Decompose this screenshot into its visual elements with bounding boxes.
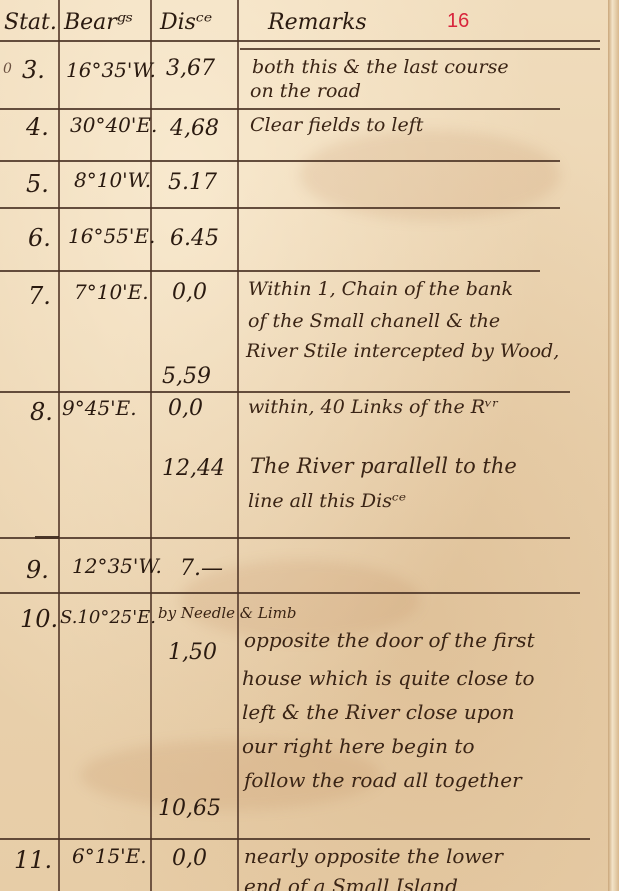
distance-cell: 12,44 [162, 458, 225, 480]
header-rule [0, 40, 600, 42]
distance-cell: 4,68 [170, 118, 219, 140]
station-cell: 8. [30, 400, 53, 424]
remark-line: The River parallell to the [250, 456, 517, 477]
station-cell: 11. [14, 848, 52, 872]
row-rule [0, 207, 560, 209]
column-rule-station [58, 0, 60, 891]
row-rule [0, 537, 570, 539]
remark-line: our right here begin to [242, 736, 475, 756]
distance-cell: 7.— [180, 558, 223, 580]
remark-line: house which is quite close to [242, 668, 535, 688]
remark-line: left & the River close upon [242, 702, 515, 722]
remark-line: opposite the door of the first [244, 630, 535, 650]
station-cell: 3. [22, 58, 45, 82]
header-rule-double [240, 48, 600, 50]
header-remarks: Remarks [268, 12, 367, 34]
page-number: 16 [447, 11, 469, 31]
remark-line: line all this Disᶜᵉ [248, 492, 406, 511]
bearing-cell: 6°15'E. [72, 846, 147, 866]
bearing-cell: 8°10'W. [74, 170, 151, 190]
bearing-cell: 7°10'E. [74, 282, 149, 302]
remark-line: within, 40 Links of the Rᵛʳ [248, 398, 499, 417]
row-rule [0, 270, 540, 272]
column-rule-distance [237, 0, 239, 891]
distance-note: by Needle & Limb [158, 606, 296, 621]
header-bearing: Bearᵍˢ [64, 12, 133, 34]
header-station: Stat. [4, 12, 57, 34]
row-rule [0, 108, 560, 110]
remark-line: of the Small chanell & the [248, 312, 500, 331]
remark-line: nearly opposite the lower [244, 846, 503, 866]
remark-line: both this & the last course [252, 58, 509, 77]
distance-cell: 1,50 [168, 642, 217, 664]
distance-cell: 5.17 [168, 172, 217, 194]
station-cell: 5. [26, 172, 49, 196]
row-rule [0, 592, 580, 594]
distance-cell: 5,59 [162, 366, 211, 388]
remark-line: River Stile intercepted by Wood, [246, 342, 559, 361]
distance-cell: 10,65 [158, 798, 221, 820]
distance-cell: 6.45 [170, 228, 219, 250]
row-rule [0, 160, 560, 162]
margin-mark: 0 [3, 62, 12, 76]
distance-cell: 0,0 [172, 282, 207, 304]
distance-cell: 3,67 [166, 58, 215, 80]
bearing-cell: 9°45'E. [62, 398, 137, 418]
station-cell: 4. [26, 115, 49, 139]
row-rule [0, 838, 590, 840]
remark-line: Within 1, Chain of the bank [248, 280, 513, 299]
bearing-cell: S.10°25'E. [60, 609, 156, 627]
remark-line: Clear fields to left [250, 116, 423, 135]
remark-line: end of a Small Island [244, 876, 458, 891]
remark-line: follow the road all together [244, 770, 522, 790]
distance-cell: 0,0 [172, 848, 207, 870]
station-cell: 7. [28, 284, 51, 308]
bearing-cell: 16°55'E. [68, 226, 155, 246]
bearing-cell: 16°35'W. [66, 60, 156, 80]
station-cell: 10. [20, 607, 58, 631]
remark-line: on the road [250, 82, 361, 101]
distance-cell: 0,0 [168, 398, 203, 420]
bearing-cell: 30°40'E. [70, 115, 157, 135]
book-gutter [608, 0, 619, 891]
header-distance: Disᶜᵉ [160, 12, 212, 34]
bearing-cell: 12°35'W. [72, 556, 162, 576]
manuscript-page: Stat. Bearᵍˢ Disᶜᵉ Remarks 16 0 3. 16°35… [0, 0, 608, 891]
station-cell: 9. [26, 558, 49, 582]
station-cell: 6. [28, 226, 51, 250]
row-rule [0, 391, 570, 393]
